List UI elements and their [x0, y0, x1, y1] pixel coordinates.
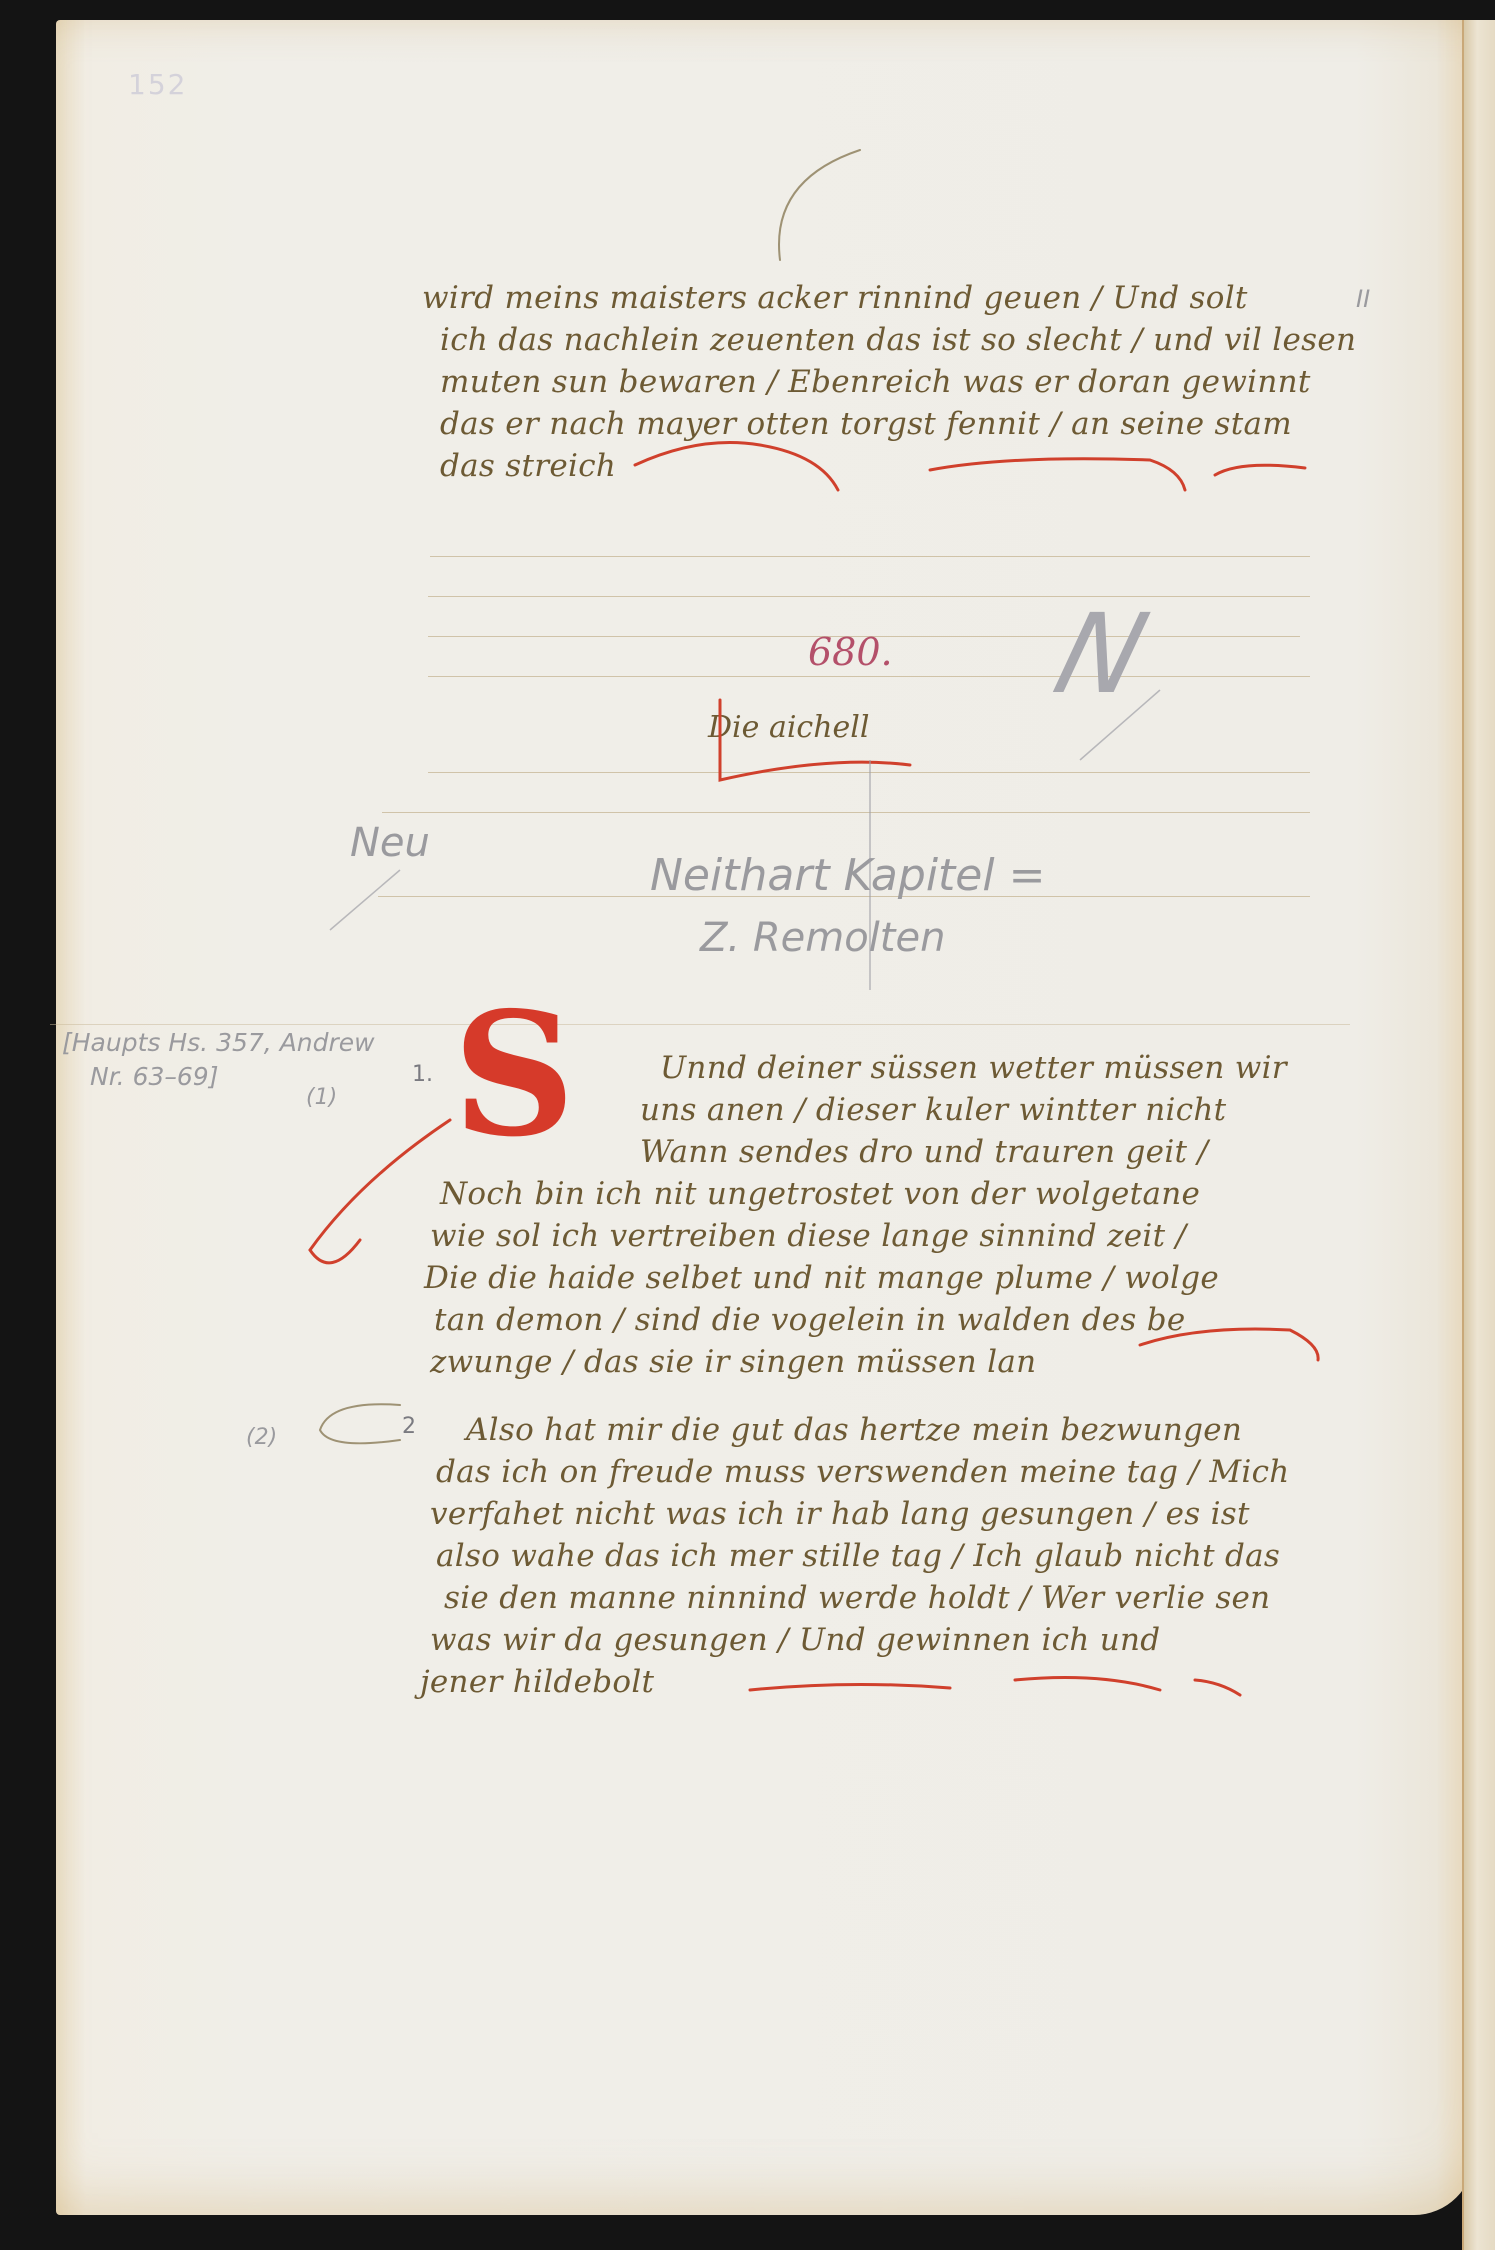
text-line: sie den manne ninnind werde holdt / Wer … [444, 1580, 1270, 1616]
ruling-line [428, 676, 1310, 677]
ruling-line [430, 556, 1310, 557]
text-line: jener hildebolt [420, 1664, 654, 1700]
adjacent-leaf-edge [1462, 20, 1495, 2250]
ruling-line [428, 772, 1310, 773]
text-line: Also hat mir die gut das hertze mein bez… [466, 1412, 1242, 1448]
text-line: verfahet nicht was ich ir hab lang gesun… [430, 1496, 1250, 1532]
text-line: Wann sendes dro und trauren geit / [640, 1134, 1208, 1170]
pencil-note-left: Neu [350, 820, 430, 866]
ruling-line [50, 1024, 1350, 1025]
text-line: das er nach mayer otten torgst fennit / … [440, 406, 1292, 442]
text-line: Unnd deiner süssen wetter müssen wir [660, 1050, 1287, 1086]
text-line: also wahe das ich mer stille tag / Ich g… [436, 1538, 1280, 1574]
song-title: Die aichell [708, 710, 869, 745]
margin-stanza-1: (1) [306, 1085, 337, 1110]
text-line: Noch bin ich nit ungetrostet von der wol… [440, 1176, 1200, 1212]
text-line: muten sun bewaren / Ebenreich was er dor… [440, 364, 1311, 400]
text-line: das ich on freude muss verswenden meine … [436, 1454, 1290, 1490]
text-line: Die die haide selbet und nit mange plume… [424, 1260, 1219, 1296]
text-line: tan demon / sind die vogelein in walden … [434, 1302, 1186, 1338]
right-margin-mark: II [1356, 285, 1370, 313]
song-number: 680. [808, 630, 893, 674]
text-line: ich das nachlein zeuenten das ist so sle… [440, 322, 1356, 358]
text-line: uns anen / dieser kuler wintter nicht [640, 1092, 1226, 1128]
margin-reference-2: Nr. 63–69] [90, 1062, 218, 1091]
margin-stanza-2: (2) [246, 1425, 277, 1450]
ruling-line [428, 596, 1310, 597]
ruling-line [382, 812, 1310, 813]
text-line: das streich [440, 448, 616, 484]
stanza-2-number: 2 [402, 1414, 416, 1439]
pencil-note-center-2: Z. Remolten [700, 915, 945, 961]
stanza-1-number: 1. [412, 1062, 433, 1087]
decorated-initial: S [450, 1000, 578, 1150]
margin-reference-1: [Haupts Hs. 357, Andrew [62, 1028, 375, 1057]
text-line: wie sol ich vertreiben diese lange sinni… [430, 1218, 1186, 1254]
text-line: zwunge / das sie ir singen müssen lan [430, 1344, 1036, 1380]
text-line: wird meins maisters acker rinnind geuen … [422, 280, 1248, 316]
folio-number: 152 [128, 68, 187, 101]
pencil-note-center-1: Neithart Kapitel = [650, 850, 1045, 901]
text-line: was wir da gesungen / Und gewinnen ich u… [430, 1622, 1160, 1658]
